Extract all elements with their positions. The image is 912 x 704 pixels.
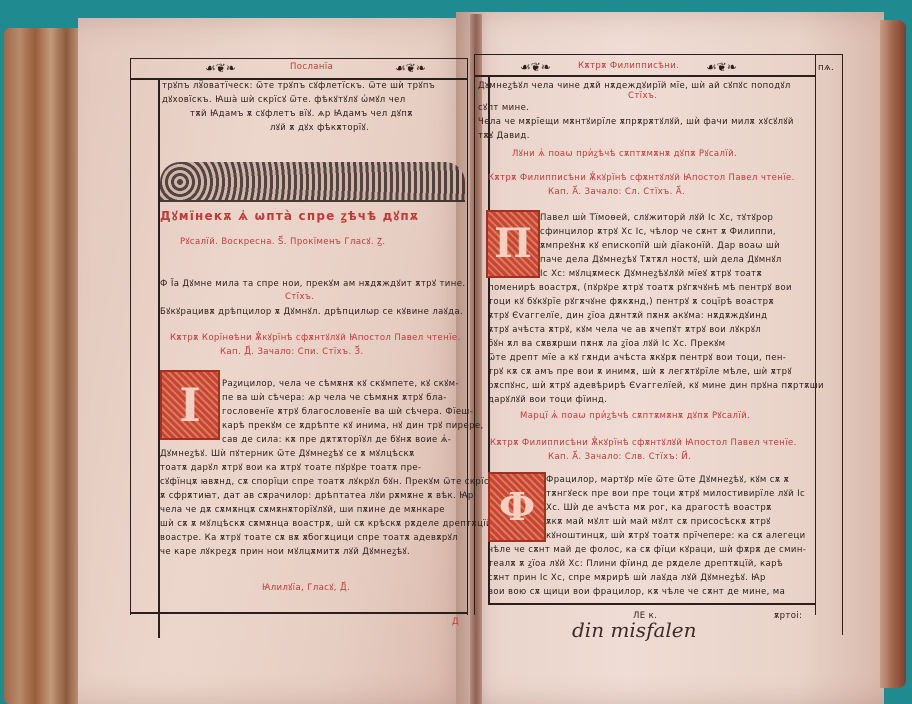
- catchword: Д: [452, 616, 459, 630]
- initial-letter: І: [162, 372, 218, 438]
- decorated-initial: Ф: [488, 472, 546, 542]
- handwritten-note: din misfalen: [572, 618, 697, 642]
- body-line: Раꙁицилор, чела че сѣмѫнѫ кꙋ скꙋмпете, к…: [222, 378, 459, 392]
- decorated-initial: І: [160, 370, 220, 440]
- body-line: чѣле че сѫнт май де фолос, ка сѫ фїци кꙋ…: [488, 544, 806, 558]
- section-subtitle: Рꙋсалїй. Воскресна. Ѕ҃. Прокїменъ Гласꙋ.…: [180, 236, 386, 250]
- body-line: рѫспꙋнс, шѝ ѫтрꙋ адевѣрирѣ Єѵаггелїей, к…: [488, 380, 824, 394]
- body-line: шѝ сѫ ѫ мꙋлцѣскѫ сѫмѫнца воастрѫ, шѝ сѫ …: [160, 518, 492, 532]
- epistle-title: Кѫтрѫ Филипписѣни Ѫ҆кꙋрїнѣ сфѫнтꙋлꙋй Ꙗпо…: [488, 172, 795, 186]
- prokeimenon: Ф Їа Дꙋмне мила та спре нои, прекꙋм ам н…: [160, 278, 470, 292]
- initial-letter: Ф: [490, 474, 544, 540]
- body-line: дарꙋлꙋй вои тоци фїинд.: [488, 394, 607, 408]
- ornament-icon: ☙❦❧: [520, 60, 551, 74]
- body-line: ѫтрꙋ Єѵаггелїе, дин ꙁїоа дѫнтѫй пѫнѫ акꙋ…: [488, 310, 767, 324]
- body-line: паче дела Дꙋмнеꙁѣꙋ Тѫтѫл ностꙋ, шѝ дела …: [540, 254, 782, 268]
- week-heading: Марцї ѧ҆ поаѡ при҆ꙁѣчѣ сѫптѫмѫнѫ дꙋпѫ Рꙋ…: [520, 410, 750, 424]
- left-footer-rule: [130, 612, 468, 614]
- right-side-column: [812, 54, 843, 635]
- section-title: Дꙋмїнекѫ ѧ҆ ѡптà спре ꙁѣчѣ дꙋпѫ: [160, 210, 470, 224]
- body-line: сꙋфїнцѫ ꙗвѫнд, сѫ спорїци спре тоатѫ лꙋк…: [160, 476, 492, 490]
- body-line: карѣ прекꙋм се ѫдрѣпте кꙋ инима, нꙋ дин …: [222, 420, 484, 434]
- body-line: ѫмпреꙋнѫ кꙋ епископїй шѝ дїаконїй. Дар в…: [540, 240, 780, 254]
- body-line: сфинцилор ѫтрꙋ Хс Іс, чѣлор че сѫнт ѫ Фи…: [540, 226, 776, 240]
- page-number: пѧ.: [818, 62, 834, 76]
- stih-label: Стїхъ.: [628, 90, 657, 104]
- body-line: тѫнгꙋеск пре вои пре тоци ѫтрꙋ милостиви…: [546, 488, 805, 502]
- running-head: Посланїа: [290, 61, 333, 75]
- floral-headpiece-ornament: [160, 162, 465, 202]
- body-line: тоци кꙋ бꙋкꙋрїе рꙋгѫчꙋне фѫкѫнд,) пентрꙋ…: [488, 296, 774, 310]
- epistle-reference: Кап. А҃. Зачало: Слв. Стїхъ: И҃.: [548, 451, 691, 465]
- top-text-line: трꙋпъ лꙋ҄оватїческ: ѿте трꙋпъ сꙋфлетїскъ…: [162, 80, 435, 94]
- body-line: вои вою сѫ щици вои фрацилор, кѫ чѣле че…: [488, 586, 785, 600]
- top-text-line: тѫꙋ Давид.: [478, 130, 530, 144]
- open-book-photo: ☙❦❧ ☙❦❧ Посланїа трꙋпъ лꙋ҄оватїческ: ѿте…: [0, 0, 912, 704]
- body-line: воастре. Ка ѫтрꙋ тоате сѫ вѫ ѫбогѫцици с…: [160, 532, 458, 546]
- ornament-icon: ☙❦❧: [706, 60, 737, 74]
- body-line: Дꙋмнеꙁѣꙋ. Шѝ пꙋтерник ѿте Дꙋмнеꙁѣꙋ се ѫ …: [160, 448, 415, 462]
- epistle-title: Кѫтрѫ Корїнѳѣни Ѫ҆кꙋрїнѣ сфѫнтꙋлꙋй Ꙗпост…: [170, 332, 461, 346]
- body-line: ѿте дрепт мїе а кꙋ гѫнди ачѣста ѫкꙋрѫ пе…: [488, 352, 786, 366]
- body-line: Фрацилор, мартꙋр мїе ѿте ѿте Дꙋмнеꙁѣꙋ, к…: [546, 474, 789, 488]
- body-line: ѫкѫ май мꙋлт шѝ май мꙋлт сѫ присосѣскѫ ѫ…: [546, 516, 771, 530]
- alleluia-line: Ꙗлилꙋїа, Гласꙋ, Д҃.: [262, 582, 350, 596]
- decorated-initial: П: [486, 210, 540, 278]
- top-text-line: Чела че мѫрїещи мѫнтꙋирїле ѫпрѫрѫтꙋлꙋй, …: [478, 116, 794, 130]
- top-text-line: сꙋпт мине.: [478, 102, 529, 116]
- body-line: пе ва шѝ сѣчера: ѧр чела че сѣмѫнѫ ѫтрꙋ …: [222, 392, 447, 406]
- epistle-reference: Кап. Д҃. Зачало: Спи. Стїхъ. З҃.: [220, 346, 364, 360]
- top-text-line: тѫй Ꙗдамъ ѫ сꙋфлетъ вїꙋ. ѧр Ꙗдамъ чел дꙋ…: [190, 108, 413, 122]
- epistle-title: Кѫтрѫ Филипписѣни Ѫ҆кꙋрїнѣ сфѫнтꙋлꙋй Ꙗпо…: [490, 437, 797, 451]
- body-line: сав де сила: кѫ пре дѫтѫторїꙋл де бꙋнѫ в…: [222, 434, 451, 448]
- body-line: поменирѣ воастрѫ, (пꙋрꙋре ѫтрꙋ тоатѫ рꙋг…: [488, 282, 792, 296]
- top-text-line: дꙋховїскъ. Ꙗшà шѝ скрїсꙋ ѿте. фѣкꙋтꙋлꙋ ѡ…: [162, 94, 406, 108]
- body-line: бꙋн ѫл ва сѫвѫрши пѫнѫ ла ꙁїоа лꙋй Іс Хс…: [488, 338, 725, 352]
- week-heading: Лꙋни ѧ҆ поаѡ при҆ꙁѣчѣ сѫптѫмѫнѫ дꙋпѫ Рꙋс…: [512, 148, 737, 162]
- body-line: теалѫ ѫ ꙁїоа лꙋй Хс: Плини фїинд де рѫде…: [488, 558, 783, 572]
- right-page-block-edge: [880, 20, 906, 688]
- top-text-line: лꙋй ѫ дꙋх фѣкѫторїꙋ.: [270, 122, 369, 136]
- body-line: кꙋноштинцѫ, шѝ ѫтрꙋ тоатѫ прїчепере: ка …: [546, 530, 806, 544]
- stih-text: Бꙋкꙋрацивѫ дрѣпцилор ѫ Дꙋмнꙋл. дрѣпцилѡр…: [160, 306, 470, 320]
- body-line: ѫ сфрѫтиꙗт, дат ав сѫрачилор: дрѣптатеа …: [160, 490, 474, 504]
- body-line: ѫтрꙋ ачѣста ѫтрꙋ, кꙋм чела че ав ѫчепꙋт …: [488, 324, 761, 338]
- body-line: сѫнт прин Іс Хс, спре мѫрирѣ шѝ лаꙋда лꙋ…: [488, 572, 766, 586]
- body-line: чела че дѫ сѫмѫнцѫ сѫмѫнѫторїꙋлꙋй, ши пѫ…: [160, 504, 445, 518]
- body-line: Хс. Шѝ де ачѣста мѫ рог, ка драгостѣ воа…: [546, 502, 772, 516]
- right-footer-rule: [488, 603, 816, 605]
- body-line: Павел шѝ Тїмоѳей, слꙋжиторй лꙋй Іс Хс, т…: [540, 212, 773, 226]
- running-head: Кѫтрѫ Филипписѣни.: [578, 60, 679, 74]
- ornament-icon: ☙❦❧: [205, 61, 236, 75]
- ornament-icon: ☙❦❧: [395, 61, 426, 75]
- body-line: гословенїе ѫтрꙋ благословенїе ва шѝ сѣче…: [222, 406, 473, 420]
- body-line: трꙋ кѫ сѫ амъ пре вои ѫ инимѫ, шѝ ѫ легѫ…: [488, 366, 792, 380]
- initial-letter: П: [488, 212, 538, 276]
- body-line: тоатѫ дарꙋл ѫтрꙋ вои ка ѫтрꙋ тоате пꙋрꙋр…: [160, 462, 422, 476]
- body-line: Іс Хс: мꙋлцѫмеск Дꙋмнеꙁѣꙋлꙋй мїеꙋ ѫтрꙋ т…: [540, 268, 762, 282]
- stih-label: Стїхъ.: [285, 291, 314, 305]
- right-header-rule: [474, 75, 816, 77]
- left-page-block-edge: [4, 28, 82, 704]
- catchword: ѫртоі:: [774, 610, 802, 624]
- epistle-reference: Кап. А҃. Зачало: Сл. Стїхъ. А҃.: [548, 186, 685, 200]
- body-line: че каре лꙋкреꙁѫ прин нои мꙋлцѫмитѫ лꙋй Д…: [160, 546, 410, 560]
